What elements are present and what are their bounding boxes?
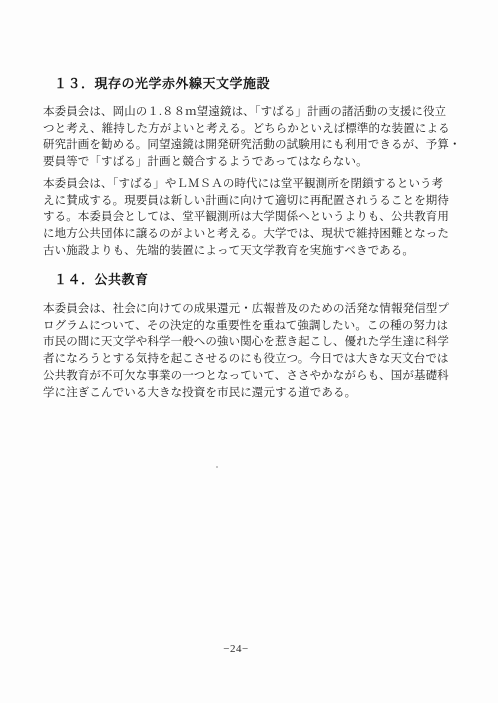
body-line: する。本委員会としては、堂平観測所は大学関係へというよりも、公共教育用 [43, 209, 449, 226]
document-page: １３．現存の光学赤外線天文学施設 本委員会は、岡山の１.８８ｍ望遠鏡は、「すばる… [0, 0, 498, 703]
body-line: ログラムについて、その決定的な重要性を重ねて強調したい。この種の努力は [43, 318, 449, 335]
paragraph-public-education: 本委員会は、社会に向けての成果還元・広報普及のための活発な情報発信型プ ログラム… [43, 301, 449, 401]
page-number: −24− [0, 643, 472, 655]
body-line: 者になろうとする気持を起こさせるのにも役立つ。今日では大きな天文台では [43, 351, 449, 368]
body-line: つと考え、維持した方がよいと考える。どちらかといえば標準的な装置による [43, 121, 461, 138]
section-heading-13: １３．現存の光学赤外線天文学施設 [54, 73, 270, 92]
body-line: 要員等で「すばる」計画と競合するようであってはならない。 [43, 154, 461, 171]
body-line: 学に注ぎこんでいる大きな投資を市民に還元する道である。 [43, 385, 449, 402]
section-heading-14: １４．公共教育 [54, 269, 149, 288]
body-line: 市民の間に天文学や科学一般への強い関心を惹き起こし、優れた学生達に科学 [43, 334, 449, 351]
paragraph-existing-facilities-1: 本委員会は、岡山の１.８８ｍ望遠鏡は、「すばる」計画の諸活動の支援に役立 つと考… [43, 104, 461, 171]
body-line: えに賛成する。現要員は新しい計画に向けて適切に再配置されうることを期待 [43, 193, 449, 210]
body-line: 古い施設よりも、先端的装置によって天文学教育を実施すべきである。 [43, 243, 449, 260]
scan-artifact-dot [216, 466, 218, 468]
body-line: 研究計画を勧める。同望遠鏡は開発研究活動の試験用にも利用できるが、予算・ [43, 137, 461, 154]
body-line: 公共教育が不可欠な事業の一つとなっていて、ささやかながらも、国が基礎科 [43, 368, 449, 385]
body-line: 本委員会は、岡山の１.８８ｍ望遠鏡は、「すばる」計画の諸活動の支援に役立 [43, 104, 461, 121]
paragraph-existing-facilities-2: 本委員会は、「すばる」やＬＭＳＡの時代には堂平観測所を閉鎖するという考 えに賛成… [43, 176, 449, 260]
body-line: 本委員会は、社会に向けての成果還元・広報普及のための活発な情報発信型プ [43, 301, 449, 318]
body-line: 本委員会は、「すばる」やＬＭＳＡの時代には堂平観測所を閉鎖するという考 [43, 176, 449, 193]
body-line: に地方公共団体に譲るのがよいと考える。大学では、現状で維持困難となった [43, 226, 449, 243]
